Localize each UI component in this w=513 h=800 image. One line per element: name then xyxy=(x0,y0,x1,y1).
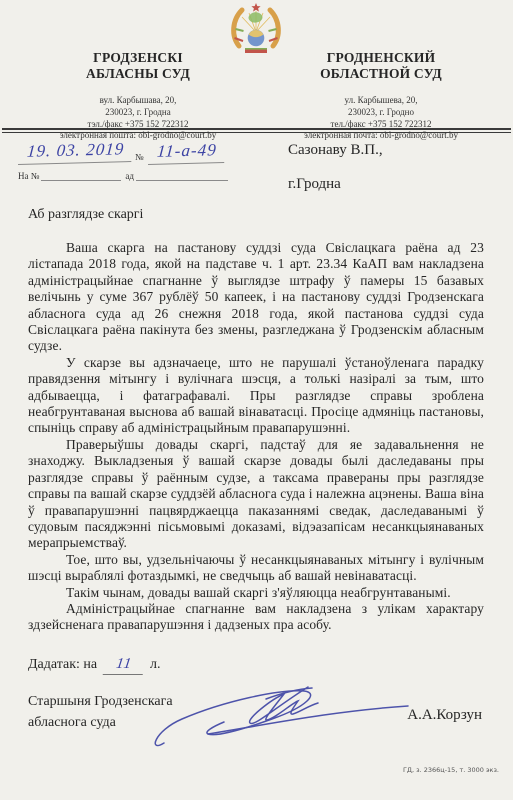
court-address-russian: ул. Карбышева, 20, 230023, г. Гродно тел… xyxy=(271,95,491,142)
belarus-coat-of-arms-icon xyxy=(227,2,285,54)
attachment-line: Дадатак: на 11 л. xyxy=(28,656,484,675)
attachment-label-after: л. xyxy=(150,657,161,672)
address-line: 230023, г. Гродна xyxy=(28,107,248,119)
incoming-number-blank xyxy=(41,170,121,181)
handwritten-outgoing-number: 11-а-49 xyxy=(148,140,226,165)
body-paragraph: Ваша скарга на пастанову суддзі суда Сві… xyxy=(28,240,484,355)
body-paragraph: У скарзе вы адзначаеце, што не парушалі … xyxy=(28,355,484,437)
date-and-number-row: 19. 03. 2019 № 11-а-49 xyxy=(18,142,268,165)
court-name-russian: ГРОДНЕНСКИЙ ОБЛАСТНОЙ СУД xyxy=(271,50,491,82)
address-line: ул. Карбышева, 20, xyxy=(271,95,491,107)
letter-body: Ваша скарга на пастанову суддзі суда Сві… xyxy=(28,240,484,781)
incoming-number-label: На № xyxy=(18,171,39,181)
number-sign: № xyxy=(135,152,144,162)
handwritten-date: 19. 03. 2019 xyxy=(18,139,133,165)
addressee-block: Сазонаву В.П., г.Гродна xyxy=(288,142,383,193)
attachment-label-before: Дадатак: на xyxy=(28,657,97,672)
body-paragraph: Адміністрацыйнае спагнанне вам накладзен… xyxy=(28,601,484,634)
addressee-name: Сазонаву В.П., xyxy=(288,142,383,159)
body-paragraph: Праверыўшы довады скаргі, падстаў для яе… xyxy=(28,437,484,552)
court-name-line: ГРОДЗЕНСКІ xyxy=(28,50,248,66)
address-line: 230023, г. Гродно xyxy=(271,107,491,119)
handwritten-page-count: 11 xyxy=(102,656,145,675)
court-name-line: ОБЛАСТНОЙ СУД xyxy=(271,66,491,82)
addressee-city: г.Гродна xyxy=(288,176,383,193)
court-address-belarusian: вул. Карбышава, 20, 230023, г. Гродна тэ… xyxy=(28,95,248,142)
address-line: вул. Карбышава, 20, xyxy=(28,95,248,107)
scanned-letter-page: ГРОДЗЕНСКІ АБЛАСНЫ СУД вул. Карбышава, 2… xyxy=(0,0,513,800)
print-order-code: ГД, з. 2366ц-15, т. 3000 экз. xyxy=(403,766,499,774)
body-paragraph: Тое, што вы, удзельнічаючы ў несанкцыяна… xyxy=(28,552,484,585)
signer-name: А.А.Корзун xyxy=(407,707,482,724)
court-name-line: ГРОДНЕНСКИЙ xyxy=(271,50,491,66)
court-name-line: АБЛАСНЫ СУД xyxy=(28,66,248,82)
handwritten-signature-icon xyxy=(146,681,414,765)
incoming-date-blank xyxy=(136,170,228,181)
incoming-date-label: ад xyxy=(125,171,134,181)
header-divider-rule xyxy=(2,128,511,133)
subject-line: Аб разглядзе скаргі xyxy=(28,207,143,223)
reference-block: 19. 03. 2019 № 11-а-49 На № ад xyxy=(18,142,268,181)
incoming-reference-row: На № ад xyxy=(18,170,268,181)
body-paragraph: Такім чынам, довады вашай скаргі з'яўляю… xyxy=(28,585,484,601)
court-name-belarusian: ГРОДЗЕНСКІ АБЛАСНЫ СУД xyxy=(28,50,248,82)
